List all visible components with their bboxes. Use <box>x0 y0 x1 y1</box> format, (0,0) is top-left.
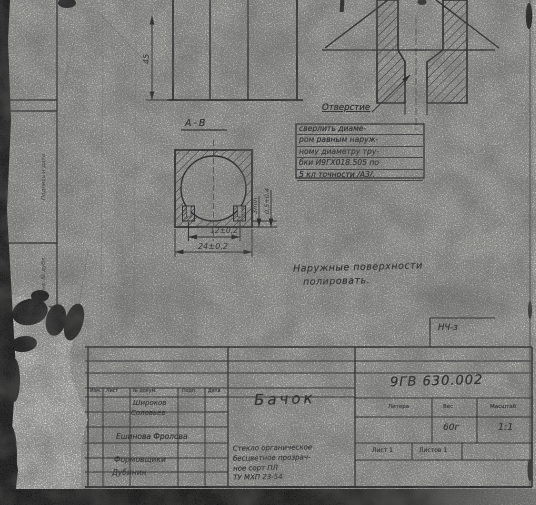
right-edge-mark <box>528 301 532 319</box>
top-edge-mark <box>340 0 345 12</box>
top-edge-blob <box>418 0 427 5</box>
scan-damage-layer <box>0 0 536 505</box>
scanned-drawing: Подпись и дата Инв. № дубл. Взам. инв. №… <box>0 0 536 505</box>
bottom-scan-band <box>0 489 536 505</box>
right-edge-mark <box>526 3 532 29</box>
right-edge-mark <box>528 459 533 481</box>
top-edge-blob <box>58 0 76 8</box>
